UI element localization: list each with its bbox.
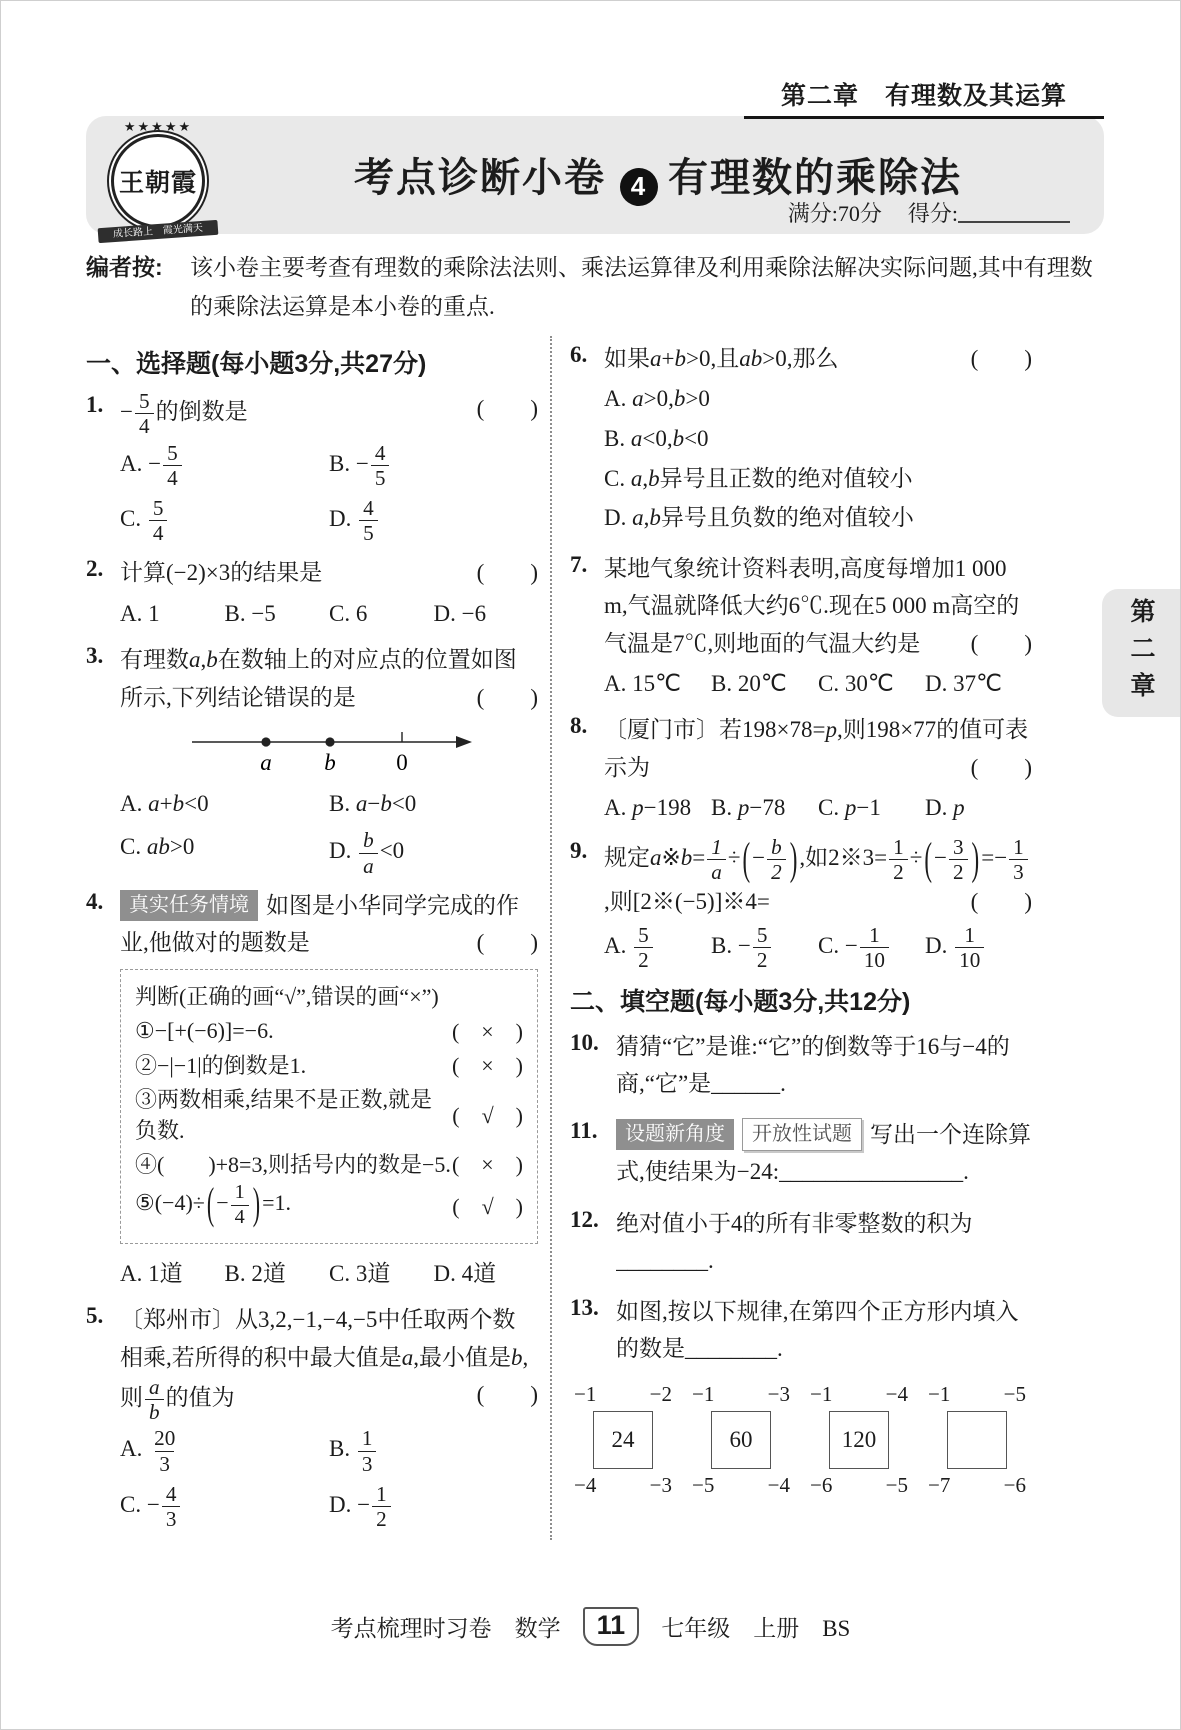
judgment-item-1: ①−[+(−6)]=−6. ( × ) xyxy=(135,1015,523,1046)
score-line: 满分:70分得分: xyxy=(788,197,1070,228)
square-value: 24 xyxy=(593,1411,653,1469)
option-c: C. p−1 xyxy=(818,790,925,826)
option-d: D. 4道 xyxy=(434,1256,539,1292)
option-b: B. −52 xyxy=(711,924,818,971)
pattern-square-4: −1 −5 −7 −6 xyxy=(926,1382,1030,1498)
option-d: D. 45 xyxy=(329,497,538,544)
label-zero: 0 xyxy=(396,750,408,775)
answer-paren: ( ) xyxy=(971,340,1032,377)
question-stem: 有理数a,b在数轴上的对应点的位置如图所示,下列结论错误的是 xyxy=(120,647,517,709)
section-heading-blank: 二、填空题(每小题3分,共12分) xyxy=(570,982,1032,1018)
option-a: A. 15℃ xyxy=(604,666,711,702)
brand-name: 王朝霞 xyxy=(119,163,197,199)
option-a: A. 203 xyxy=(120,1427,329,1474)
question-stem: 如图,按以下规律,在第四个正方形内填入的数是________. xyxy=(616,1299,1019,1361)
question-stem: 〔厦门市〕若198×78=p,则198×77的值可表示为 xyxy=(604,717,1028,779)
option-d: D. 37℃ xyxy=(925,666,1032,702)
question-number: 6. xyxy=(570,340,604,540)
question-number: 12. xyxy=(570,1205,616,1284)
chapter-title: 第二章 有理数及其运算 xyxy=(781,76,1067,112)
answer-paren: ( ) xyxy=(477,554,538,591)
number-line-figure: a b 0 xyxy=(120,722,538,778)
option-b: B. p−78 xyxy=(711,790,818,826)
option-b: B. −45 xyxy=(329,442,538,489)
page-footer: 考点梳理时习卷 数学 11 七年级 上册 BS xyxy=(1,1607,1180,1646)
pattern-square-1: −1 −2 24 −4 −3 xyxy=(572,1382,676,1498)
question-11: 11. 设题新角度开放性试题写出一个连除算式,使结果为−24:_________… xyxy=(570,1116,1032,1195)
judgment-text: ③两数相乘,结果不是正数,就是负数. xyxy=(135,1083,452,1145)
option-d: D. −12 xyxy=(329,1483,538,1530)
judgment-item-3: ③两数相乘,结果不是正数,就是负数. ( √ ) xyxy=(135,1083,523,1145)
question-9: 9. 规定a※b=1a÷(−b2),如2※3=12÷(−32)=−13,则[2※… xyxy=(570,836,1032,972)
stars-icon: ★★★★★ xyxy=(100,119,216,135)
option-d: D. 110 xyxy=(925,924,1032,971)
question-stem: 猜猜“它”是谁:“它”的倒数等于16与−4的商,“它”是______. xyxy=(616,1034,1010,1096)
question-1: 1. −54的倒数是( ) A. −54 B. −45 C. 54 D. 45 xyxy=(86,390,538,544)
judgment-item-4: ④( )+8=3,则括号内的数是−5. ( × ) xyxy=(135,1148,523,1179)
option-a: A. 1道 xyxy=(120,1256,225,1292)
question-2: 2. 计算(−2)×3的结果是( ) A. 1 B. −5 C. 6 D. −6 xyxy=(86,554,538,631)
question-number: 3. xyxy=(86,641,120,877)
question-number: 11. xyxy=(570,1116,616,1195)
option-d: D. a,b异号且负数的绝对值较小 xyxy=(604,500,1032,536)
section-heading-choice: 一、选择题(每小题3分,共27分) xyxy=(86,344,538,380)
judgment-text: ⑤(−4)÷(−14)=1. xyxy=(135,1182,291,1227)
option-c: C. 3道 xyxy=(329,1256,434,1292)
judgment-mark: ( × ) xyxy=(452,1148,523,1179)
option-c: C. 30℃ xyxy=(818,666,925,702)
two-column-body: 一、选择题(每小题3分,共27分) 1. −54的倒数是( ) A. −54 B… xyxy=(86,336,1110,1540)
q6-options: A. a>0,b>0 B. a<0,b<0 C. a,b异号且正数的绝对值较小 … xyxy=(604,381,1032,536)
worksheet-page: 第二章 有理数及其运算 ★★★★★ 王朝霞 成长路上 霞光满天 考点诊断小卷4有… xyxy=(0,0,1181,1730)
footer-edition: 七年级 上册 BS xyxy=(661,1610,850,1643)
option-a: A. 1 xyxy=(120,596,225,632)
option-d: D. p xyxy=(925,790,1032,826)
question-number: 8. xyxy=(570,711,604,825)
option-d: D. ba<0 xyxy=(329,829,538,876)
point-b-dot xyxy=(325,737,334,746)
option-c: C. 6 xyxy=(329,596,434,632)
question-stem: −54的倒数是 xyxy=(120,399,248,424)
option-c: C. a,b异号且正数的绝对值较小 xyxy=(604,461,1032,497)
q2-options: A. 1 B. −5 C. 6 D. −6 xyxy=(120,596,538,632)
page-number-book-icon: 11 xyxy=(583,1607,640,1646)
angle-badge: 设题新角度 xyxy=(616,1119,734,1150)
footer-series: 考点梳理时习卷 数学 xyxy=(331,1610,561,1643)
option-c: C. ab>0 xyxy=(120,829,329,876)
question-5: 5. 〔郑州市〕从3,2,−1,−4,−5中任取两个数相乘,若所得的积中最大值是… xyxy=(86,1301,538,1530)
question-4: 4. 真实任务情境如图是小华同学完成的作业,他做对的题数是( ) 判断(正确的画… xyxy=(86,887,538,1292)
full-score-label: 满分:70分 xyxy=(788,201,882,226)
option-b: B. a<0,b<0 xyxy=(604,421,1032,457)
option-a: A. a>0,b>0 xyxy=(604,381,1032,417)
question-stem: 绝对值小于4的所有非零整数的积为________. xyxy=(616,1211,973,1273)
point-a-dot xyxy=(261,737,270,746)
q9-options: A. 52 B. −52 C. −110 D. 110 xyxy=(604,924,1032,971)
judgment-item-2: ②−|−1|的倒数是1. ( × ) xyxy=(135,1049,523,1080)
brand-logo: ★★★★★ 王朝霞 成长路上 霞光满天 xyxy=(100,120,216,236)
right-column: 6. 如果a+b>0,且ab>0,那么( ) A. a>0,b>0 B. a<0… xyxy=(550,336,1032,1540)
judgment-text: ①−[+(−6)]=−6. xyxy=(135,1018,274,1044)
question-stem: 〔郑州市〕从3,2,−1,−4,−5中任取两个数相乘,若所得的积中最大值是a,最… xyxy=(120,1307,528,1409)
question-stem: 计算(−2)×3的结果是 xyxy=(120,560,322,585)
option-c: C. 54 xyxy=(120,497,329,544)
editor-note-text: 该小卷主要考查有理数的乘除法法则、乘法运算律及利用乘除法解决实际问题,其中有理数… xyxy=(190,248,1100,326)
question-12: 12. 绝对值小于4的所有非零整数的积为________. xyxy=(570,1205,1032,1284)
q3-options: A. a+b<0 B. a−b<0 C. ab>0 D. ba<0 xyxy=(120,786,538,877)
question-number: 5. xyxy=(86,1301,120,1530)
square-value: 120 xyxy=(829,1411,889,1469)
title-band: ★★★★★ 王朝霞 成长路上 霞光满天 考点诊断小卷4有理数的乘除法 满分:70… xyxy=(86,116,1104,234)
question-number: 2. xyxy=(86,554,120,631)
pattern-square-3: −1 −4 120 −6 −5 xyxy=(808,1382,912,1498)
question-stem: 规定a※b=1a÷(−b2),如2※3=12÷(−32)=−13,则[2※(−5… xyxy=(604,845,1030,914)
square-value: 60 xyxy=(711,1411,771,1469)
pattern-square-2: −1 −3 60 −5 −4 xyxy=(690,1382,794,1498)
q8-options: A. p−198 B. p−78 C. p−1 D. p xyxy=(604,790,1032,826)
q7-options: A. 15℃ B. 20℃ C. 30℃ D. 37℃ xyxy=(604,666,1032,702)
title-main: 有理数的乘除法 xyxy=(668,156,962,200)
logo-ring: 王朝霞 xyxy=(111,134,205,228)
judgment-mark: ( √ ) xyxy=(452,1190,523,1221)
question-number: 1. xyxy=(86,390,120,544)
answer-paren: ( ) xyxy=(477,390,538,427)
option-b: B. −5 xyxy=(225,596,330,632)
judgment-text: ②−|−1|的倒数是1. xyxy=(135,1049,306,1080)
option-c: C. −110 xyxy=(818,924,925,971)
question-10: 10. 猜猜“它”是谁:“它”的倒数等于16与−4的商,“它”是______. xyxy=(570,1028,1032,1107)
question-number: 7. xyxy=(570,550,604,701)
judgment-mark: ( × ) xyxy=(452,1015,523,1046)
judgment-title: 判断(正确的画“√”,错误的画“×”) xyxy=(135,980,523,1011)
option-a: A. a+b<0 xyxy=(120,786,329,822)
option-a: A. −54 xyxy=(120,442,329,489)
label-a: a xyxy=(260,750,272,775)
judgment-mark: ( × ) xyxy=(452,1049,523,1080)
q4-options: A. 1道 B. 2道 C. 3道 D. 4道 xyxy=(120,1256,538,1292)
judgment-text: ④( )+8=3,则括号内的数是−5. xyxy=(135,1148,451,1179)
option-a: A. p−198 xyxy=(604,790,711,826)
option-c: C. −43 xyxy=(120,1483,329,1530)
question-number: 10. xyxy=(570,1028,616,1107)
square-value-empty xyxy=(947,1411,1007,1469)
left-column: 一、选择题(每小题3分,共27分) 1. −54的倒数是( ) A. −54 B… xyxy=(86,336,538,1540)
question-6: 6. 如果a+b>0,且ab>0,那么( ) A. a>0,b>0 B. a<0… xyxy=(570,340,1032,540)
question-13: 13. 如图,按以下规律,在第四个正方形内填入的数是________. xyxy=(570,1293,1032,1372)
option-b: B. 13 xyxy=(329,1427,538,1474)
question-3: 3. 有理数a,b在数轴上的对应点的位置如图所示,下列结论错误的是( ) a b xyxy=(86,641,538,877)
editor-note-label: 编者按: xyxy=(86,248,190,326)
q1-options: A. −54 B. −45 C. 54 D. 45 xyxy=(120,442,538,545)
option-a: A. 52 xyxy=(604,924,711,971)
q5-options: A. 203 B. 13 C. −43 D. −12 xyxy=(120,1427,538,1530)
answer-paren: ( ) xyxy=(971,883,1032,920)
question-stem: 如果a+b>0,且ab>0,那么 xyxy=(604,346,838,371)
answer-paren: ( ) xyxy=(971,625,1032,662)
paper-number-badge: 4 xyxy=(620,168,658,206)
side-tab-label: 第二章 xyxy=(1123,598,1159,709)
judgment-item-5: ⑤(−4)÷(−14)=1. ( √ ) xyxy=(135,1182,523,1227)
score-blank xyxy=(958,205,1070,223)
score-label: 得分: xyxy=(908,201,958,226)
option-b: B. 20℃ xyxy=(711,666,818,702)
pattern-squares-figure: −1 −2 24 −4 −3 −1 −3 60 −5 −4 −1 −4 120 xyxy=(572,1382,1032,1498)
question-stem: 某地气象统计资料表明,高度每增加1 000 m,气温就降低大约6℃.现在5 00… xyxy=(604,556,1019,656)
title-prefix: 考点诊断小卷 xyxy=(354,156,606,200)
context-badge: 真实任务情境 xyxy=(120,890,258,921)
answer-paren: ( ) xyxy=(477,1376,538,1413)
logo-ribbon: 成长路上 霞光满天 xyxy=(98,220,219,243)
answer-paren: ( ) xyxy=(971,749,1032,786)
question-number: 9. xyxy=(570,836,604,972)
question-number: 13. xyxy=(570,1293,616,1372)
editor-note: 编者按: 该小卷主要考查有理数的乘除法法则、乘法运算律及利用乘除法解决实际问题,… xyxy=(86,248,1100,326)
question-8: 8. 〔厦门市〕若198×78=p,则198×77的值可表示为( ) A. p−… xyxy=(570,711,1032,825)
option-b: B. 2道 xyxy=(225,1256,330,1292)
chapter-header-tab: 第二章 有理数及其运算 xyxy=(744,71,1104,119)
question-number: 4. xyxy=(86,887,120,1292)
option-b: B. a−b<0 xyxy=(329,786,538,822)
option-d: D. −6 xyxy=(434,596,539,632)
arrowhead-icon xyxy=(456,736,472,748)
judgment-box: 判断(正确的画“√”,错误的画“×”) ①−[+(−6)]=−6. ( × ) … xyxy=(120,969,538,1243)
judgment-mark: ( √ ) xyxy=(452,1099,523,1130)
question-7: 7. 某地气象统计资料表明,高度每增加1 000 m,气温就降低大约6℃.现在5… xyxy=(570,550,1032,701)
label-b: b xyxy=(324,750,336,775)
chapter-side-tab: 第二章 xyxy=(1102,589,1180,717)
open-question-badge: 开放性试题 xyxy=(742,1118,862,1151)
number-line-svg: a b 0 xyxy=(174,722,484,778)
answer-paren: ( ) xyxy=(477,924,538,961)
answer-paren: ( ) xyxy=(477,679,538,716)
